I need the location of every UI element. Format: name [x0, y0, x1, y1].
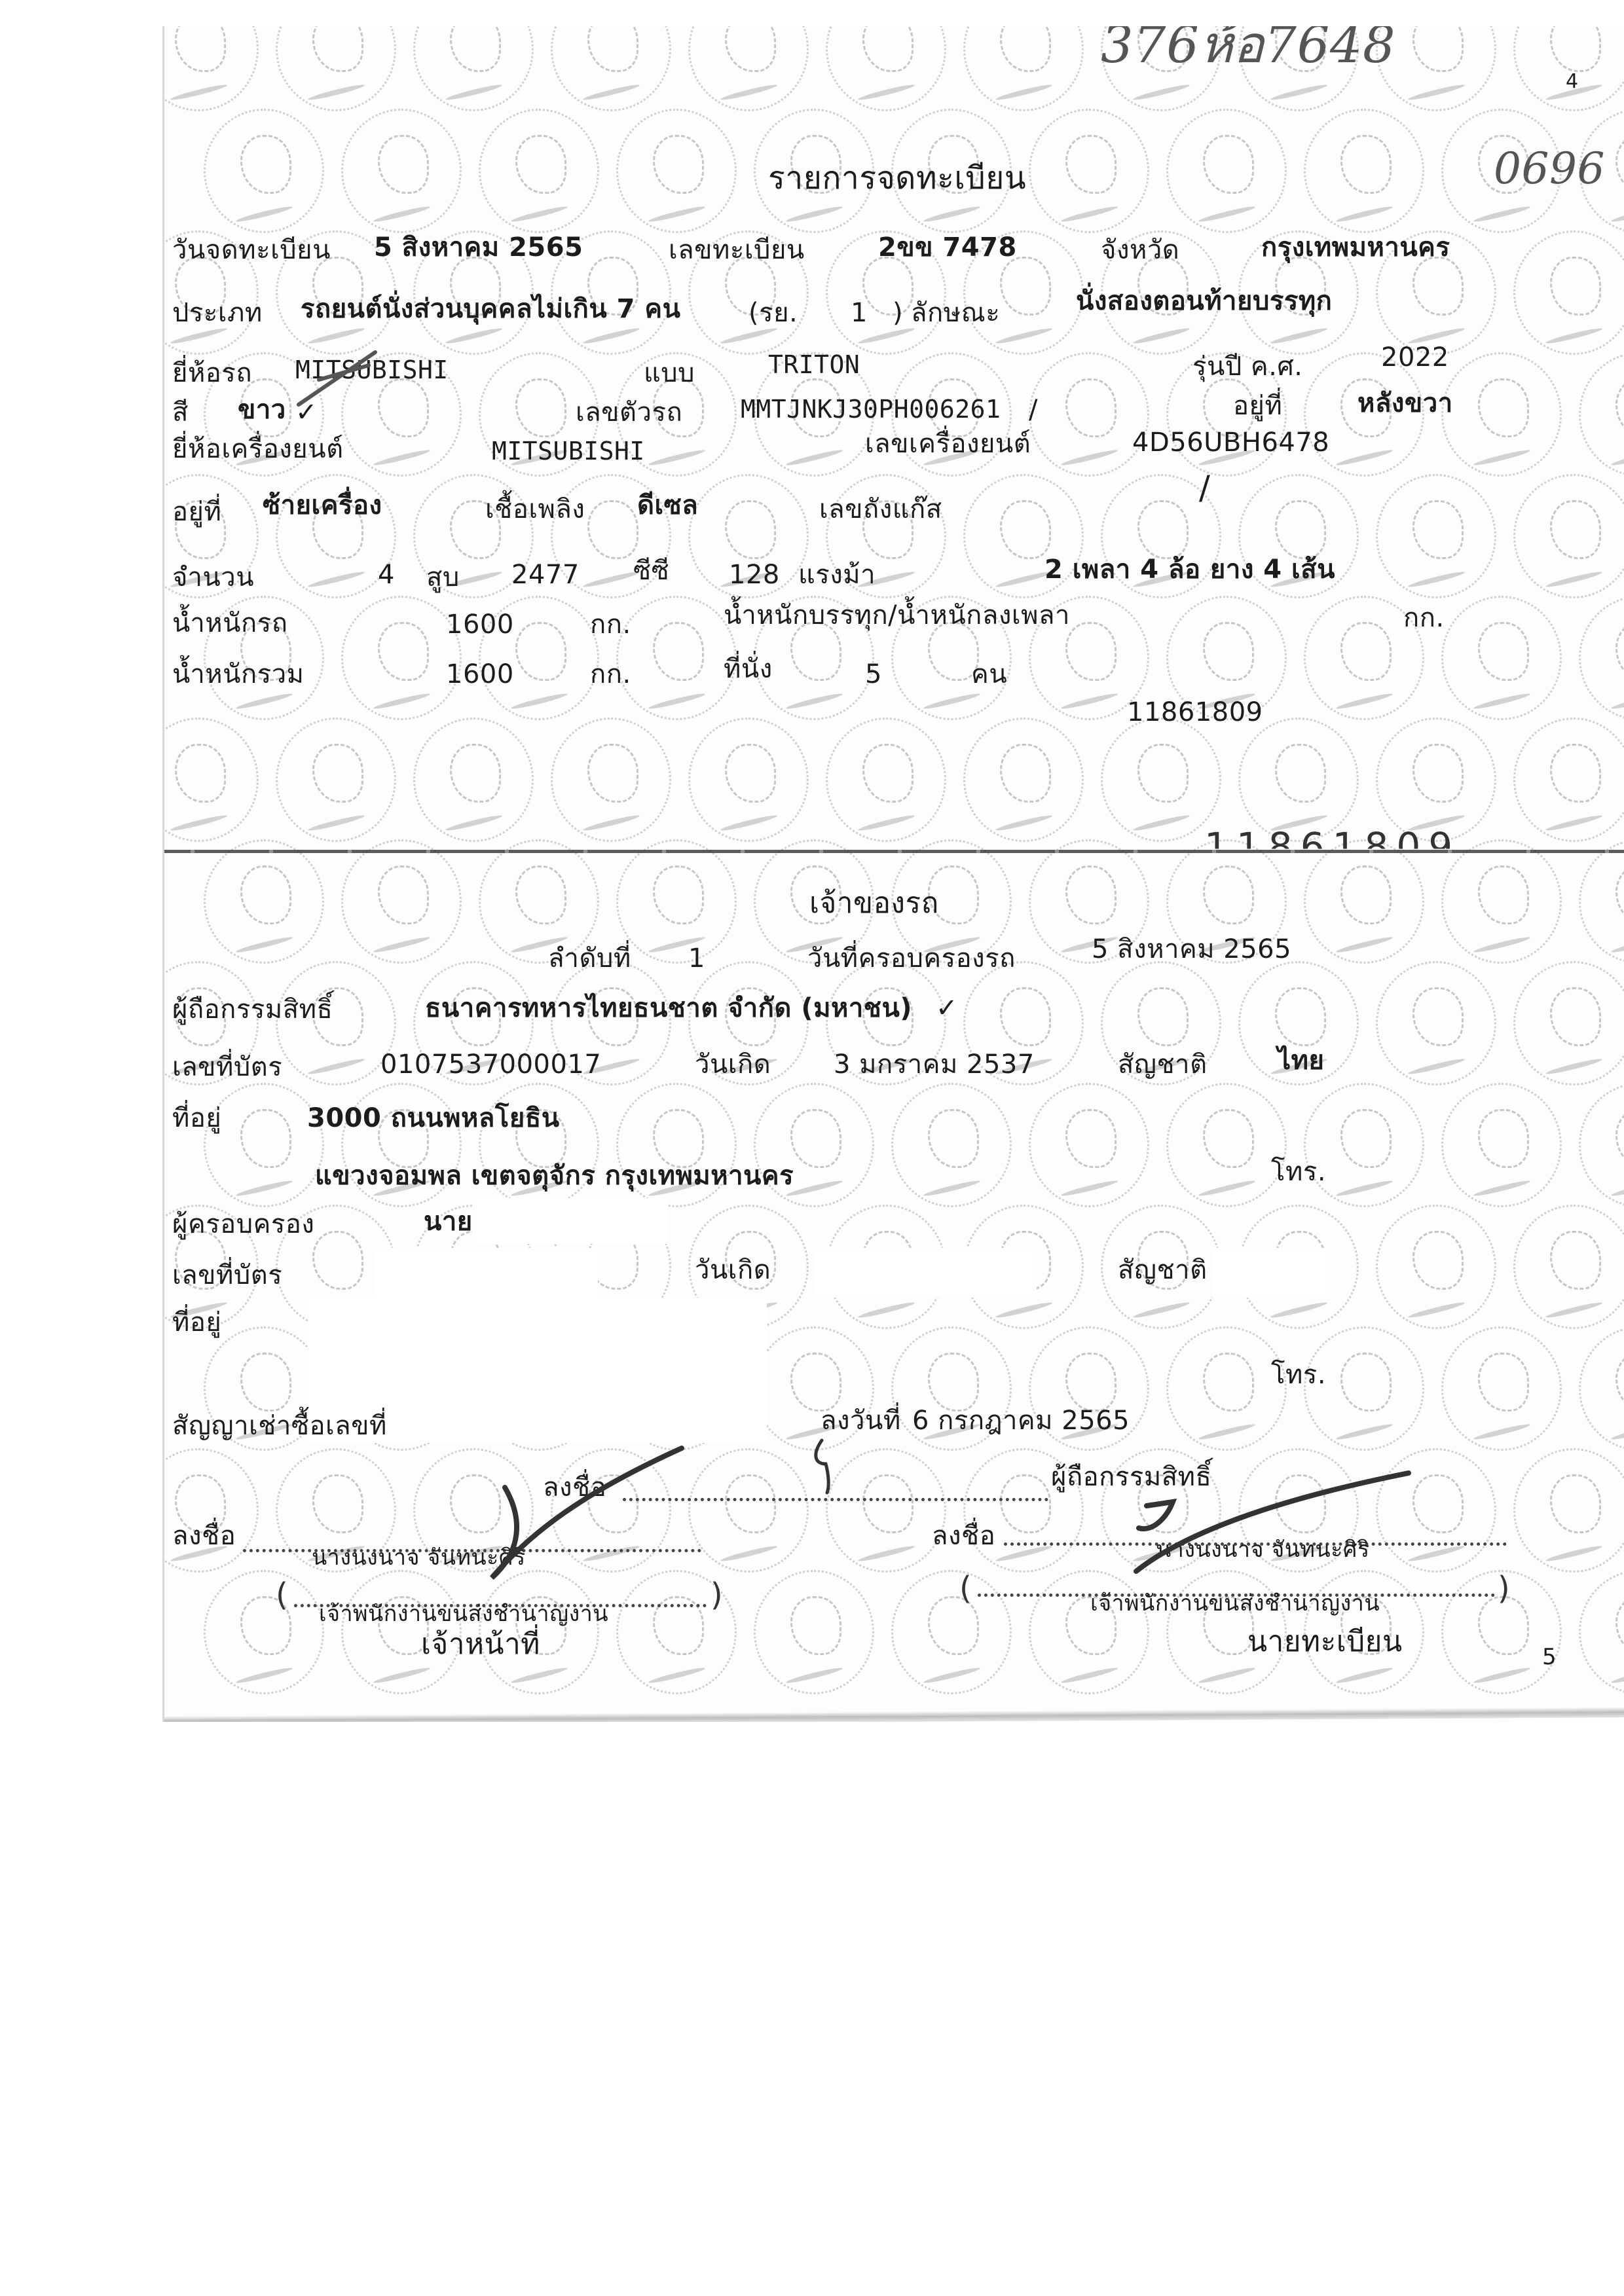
signature-strokes [164, 26, 1624, 1722]
registration-document: 376ห้อ7648 4 0696 รายการจดทะเบียน วันจดท… [162, 26, 1624, 1722]
